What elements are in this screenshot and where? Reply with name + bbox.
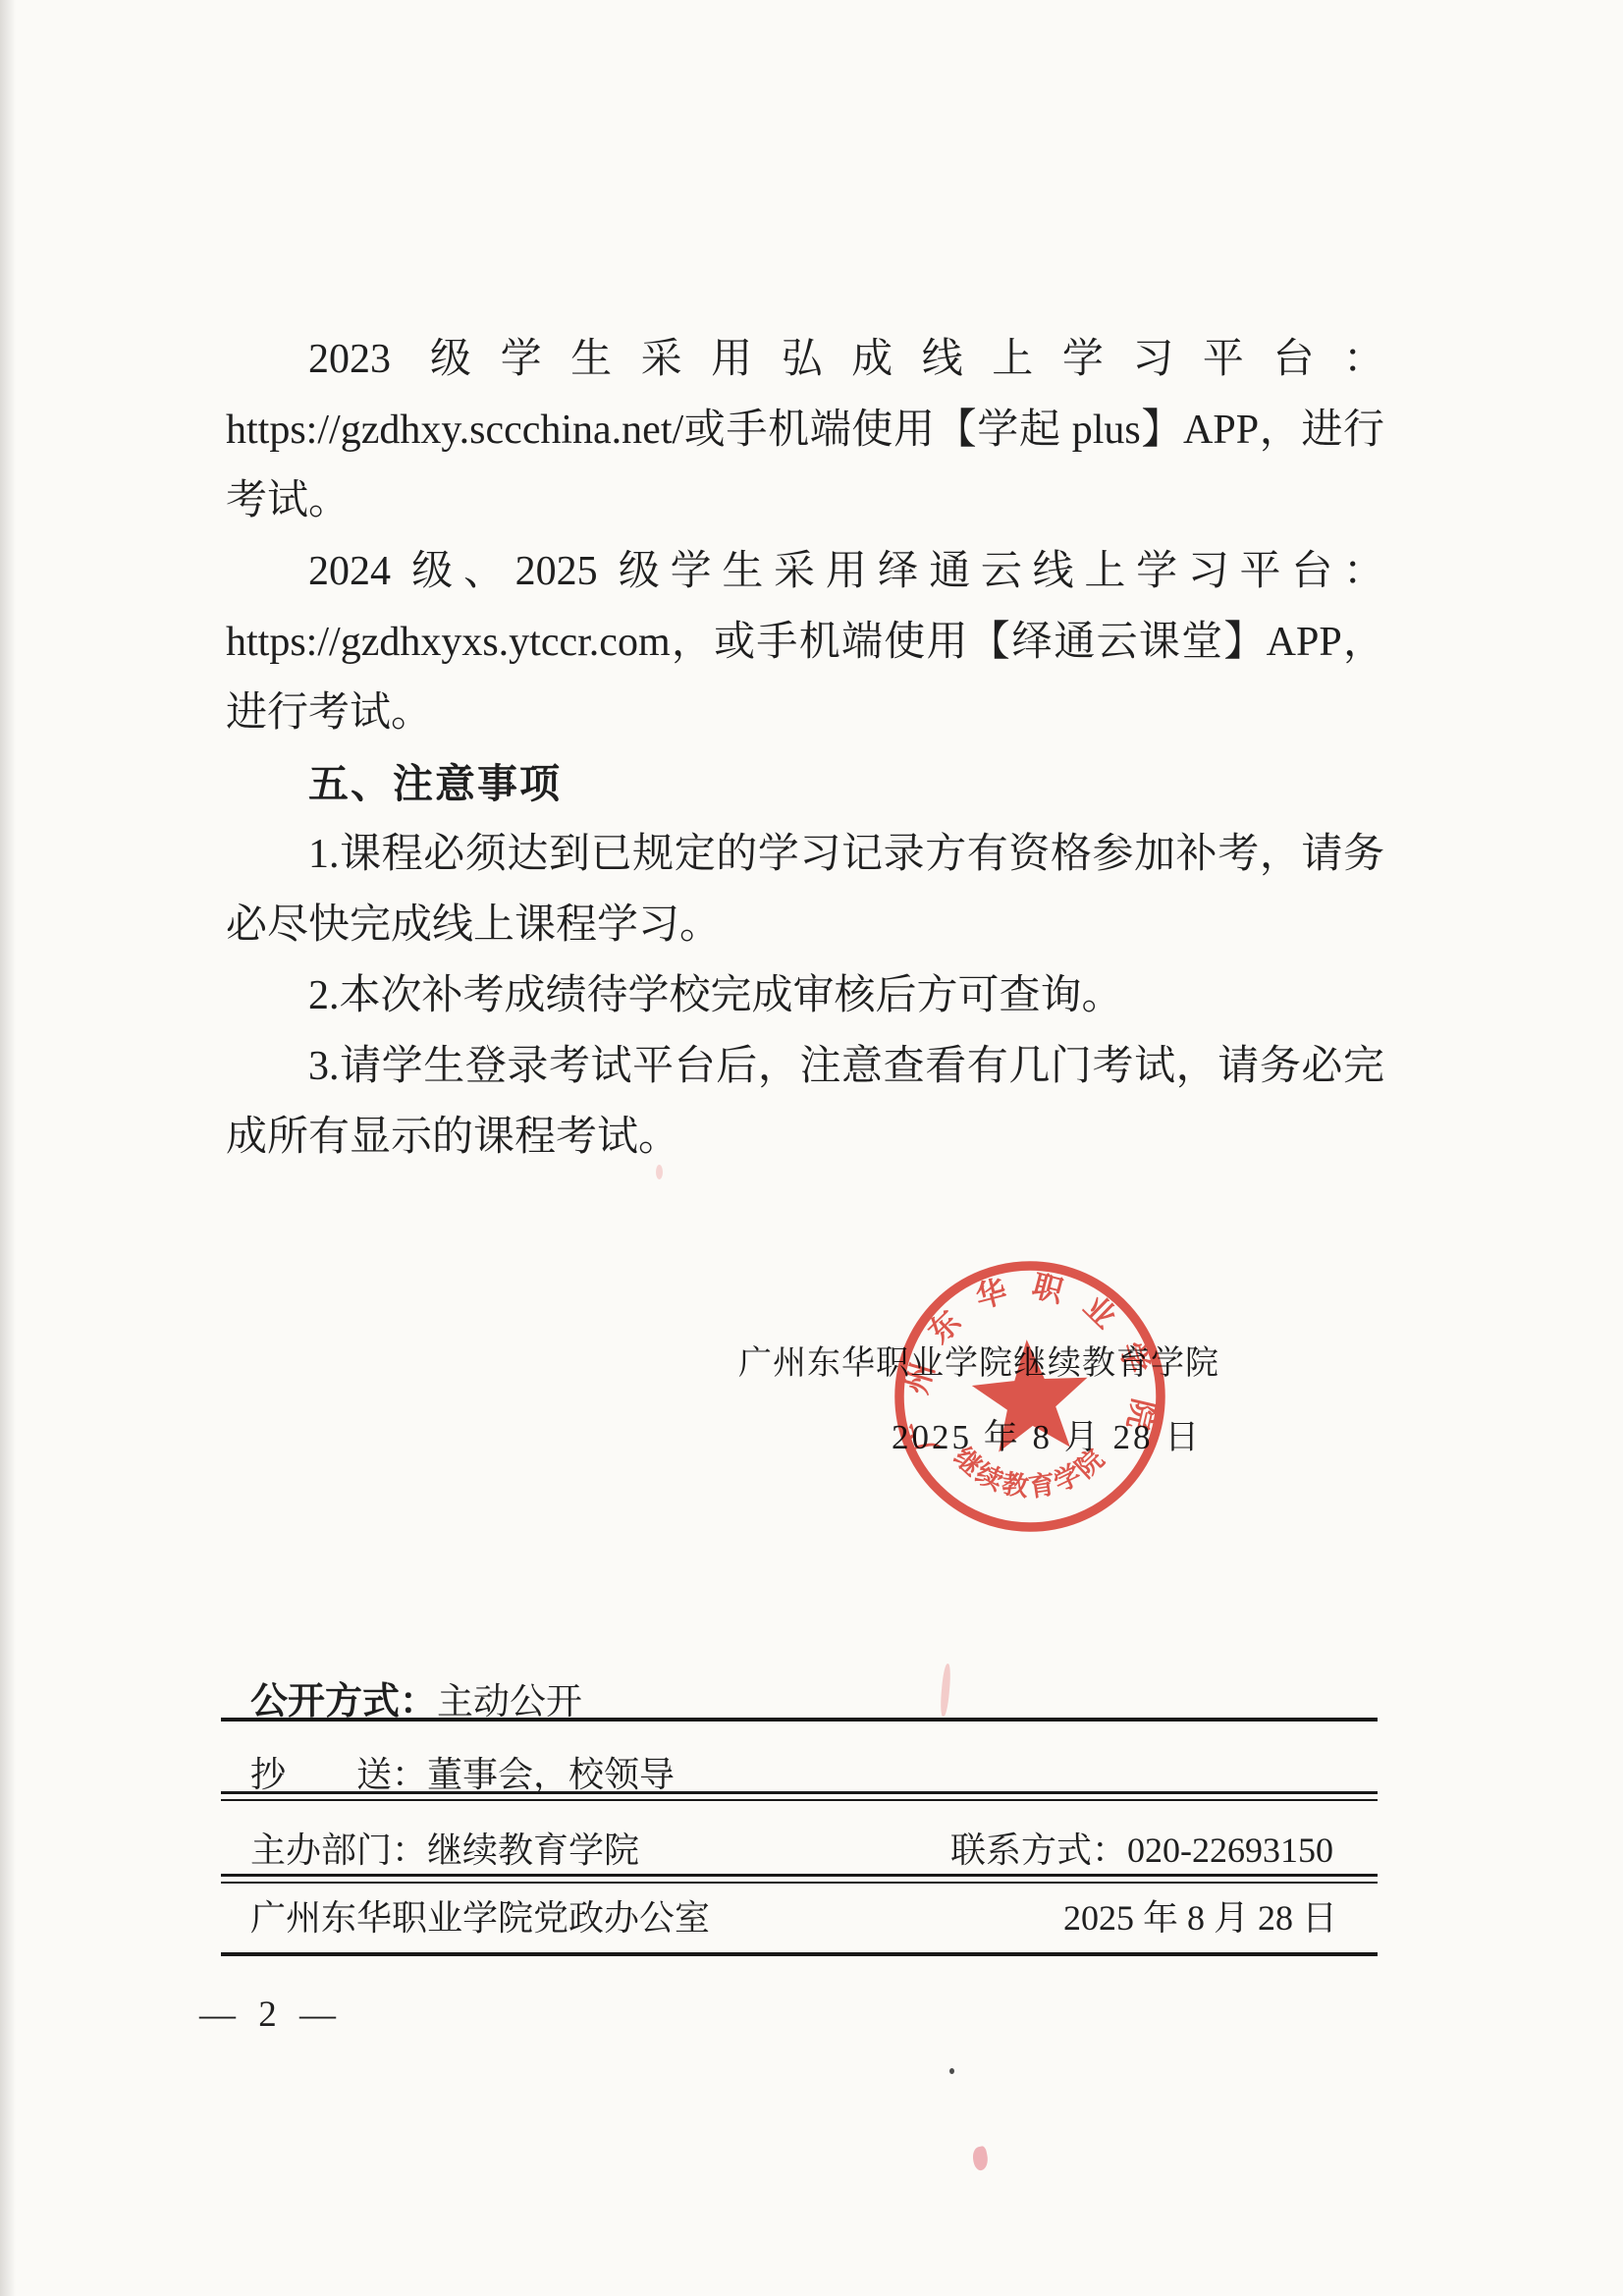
dept-value: 继续教育学院 [427, 1831, 639, 1870]
scan-artifact-dark-spot [949, 2068, 954, 2074]
seal-star-icon [969, 1336, 1093, 1453]
footer-cc-row: 抄 送：董事会，校领导 [250, 1747, 675, 1797]
document-page: 2023 级学生采用弘成线上学习平台： https://gzdhxy.sccch… [0, 0, 1623, 2296]
paragraph-line: 成所有显示的课程考试。 [226, 1102, 1384, 1173]
footer-rule-3b [221, 1882, 1378, 1884]
paragraph-line: 考试。 [226, 465, 1384, 536]
paragraph-line-url: https://gzdhxyxs.ytccr.com，或手机端使用【绎通云课堂】… [226, 607, 1384, 678]
footer-rule-3 [221, 1874, 1378, 1877]
footer-issue-date-cell: 2025 年 8 月 28 日 [1063, 1890, 1337, 1941]
scan-edge-shadow [0, 0, 16, 2296]
scan-artifact-red-dot [656, 1165, 663, 1179]
paragraph-line: 2024 级、2025 级学生采用绎通云线上学习平台： [226, 536, 1384, 607]
footer-rule-4 [221, 1952, 1378, 1956]
paragraph-line: 进行考试。 [226, 678, 1384, 748]
contact-value: 020-22693150 [1127, 1831, 1333, 1870]
official-seal: 广州东华职业学院 继续教育学院 [887, 1253, 1173, 1540]
seal-bottom-text: 继续教育学院 [948, 1442, 1112, 1503]
body-text-block: 2023 级学生采用弘成线上学习平台： https://gzdhxy.sccch… [226, 324, 1384, 1173]
section-heading: 五、注意事项 [226, 748, 1384, 819]
cc-value: 董事会，校领导 [427, 1755, 675, 1794]
publicity-label: 公开方式： [250, 1681, 437, 1722]
page-number: — 2 — [199, 1994, 343, 2036]
paragraph-line: 必尽快完成线上课程学习。 [226, 890, 1384, 960]
contact-label: 联系方式： [950, 1831, 1127, 1870]
footer-publicity-row: 公开方式：主动公开 [250, 1670, 582, 1724]
cc-label: 抄 送： [250, 1755, 427, 1794]
scan-artifact-red-spot [971, 2146, 991, 2172]
publicity-value: 主动公开 [437, 1682, 582, 1722]
footer-issuer-cell: 广州东华职业学院党政办公室 [250, 1890, 710, 1941]
paragraph-line: 3.请学生登录考试平台后，注意查看有几门考试，请务必完 [226, 1031, 1384, 1102]
footer-contact-cell: 联系方式：020-22693150 [950, 1823, 1333, 1873]
scan-artifact-red-streak [940, 1664, 952, 1717]
paragraph-line: 1.课程必须达到已规定的学习记录方有资格参加补考，请务 [226, 819, 1384, 890]
footer-rule-2b [221, 1799, 1378, 1801]
paragraph-line: 2023 级学生采用弘成线上学习平台： [226, 324, 1384, 395]
paragraph-line-url: https://gzdhxy.sccchina.net/或手机端使用【学起 pl… [226, 395, 1384, 465]
dept-label: 主办部门： [250, 1831, 427, 1870]
footer-dept-cell: 主办部门：继续教育学院 [250, 1823, 639, 1873]
paragraph-line: 2.本次补考成绩待学校完成审核后方可查询。 [226, 960, 1384, 1031]
